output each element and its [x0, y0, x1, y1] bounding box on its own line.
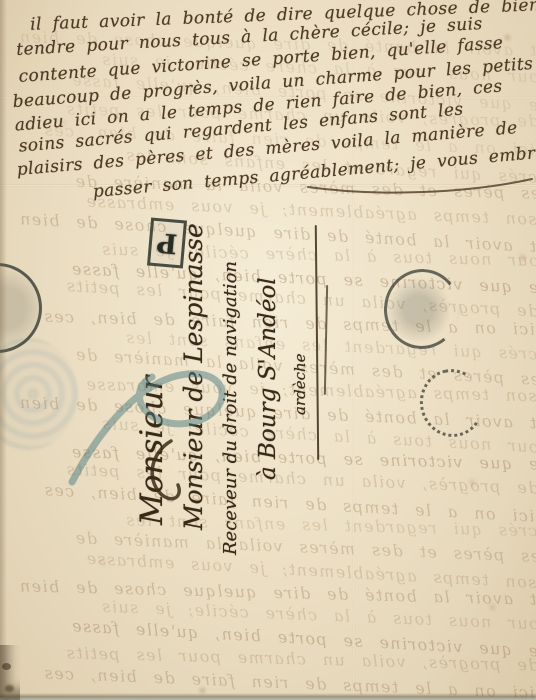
torn-corner-marks	[0, 645, 20, 700]
paper-left-edge	[0, 0, 7, 700]
address-underline	[315, 225, 319, 460]
boxed-p-letter: P	[156, 227, 179, 260]
boxed-p-postal-stamp: P	[147, 218, 187, 269]
letter-scan: il faut avoir la bonté de dire quelque c…	[0, 0, 536, 700]
address-underline	[324, 285, 328, 395]
address-line-town: à Bourg S'Andéol	[248, 170, 288, 480]
address-line-title: Receveur du droit de navigation	[214, 170, 248, 555]
address-line-department: ardèche	[288, 170, 312, 415]
paper-bottom-edge	[0, 693, 536, 700]
